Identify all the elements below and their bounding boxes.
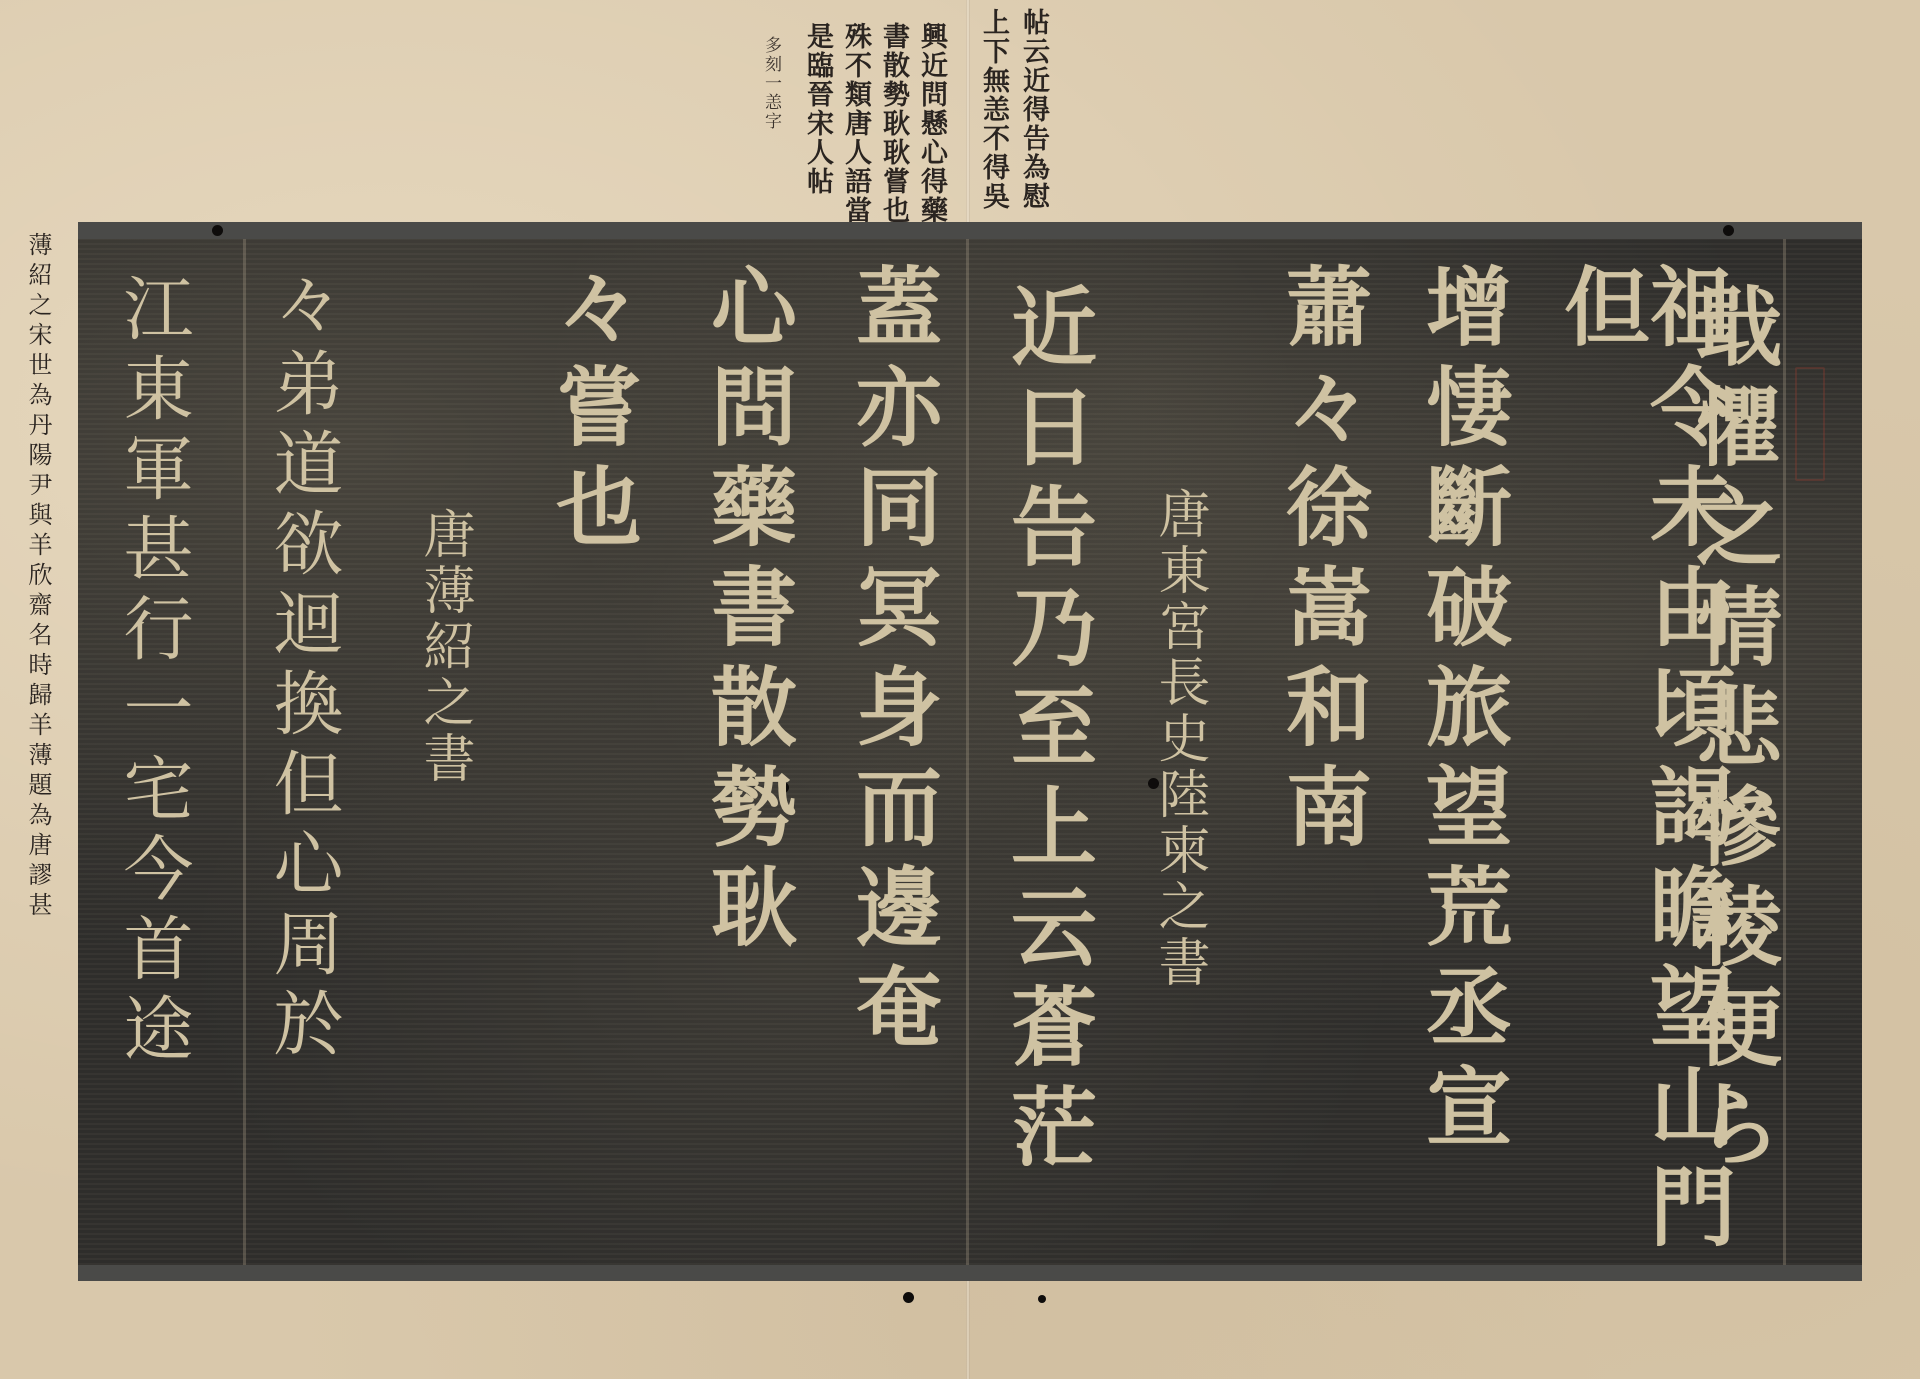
caption-right: 唐東宮長史陸柬之書: [1153, 487, 1205, 991]
calligraphy-column: 々嘗也: [548, 262, 634, 562]
top-annotation-note: 多刻一恙字: [762, 36, 779, 131]
red-seal-mark: [1795, 367, 1825, 481]
panel-seam-left: [243, 239, 246, 1265]
caption-left: 唐薄紹之書: [418, 507, 470, 787]
panel-seam-center: [966, 239, 969, 1265]
top-annotation-col-4: 書散勢耿耿嘗也: [880, 22, 907, 225]
calligraphy-column: 祖令未由頃謁瞻望山門但: [1556, 262, 1728, 1281]
top-annotation-col-5: 殊不類唐人語當: [842, 22, 869, 225]
mounting-hole: [212, 225, 223, 236]
panel-seam-right: [1783, 239, 1786, 1265]
mounting-hole: [903, 1292, 914, 1303]
calligraphy-rubbing: 戢懼之情悲慘稜便ら 祖令未由頃謁瞻望山門但 增悽斷破旅望荒丞宣 蕭々徐嵩和南 唐…: [78, 222, 1862, 1281]
calligraphy-column: 蓋亦同冥身而邊奄: [848, 262, 934, 1062]
top-border-band: [78, 222, 1862, 239]
calligraphy-column: 々弟道欲迴換但心周於: [268, 267, 338, 1067]
calligraphy-column: 蕭々徐嵩和南: [1278, 262, 1364, 862]
top-annotation-col-1: 帖云近得告為慰: [1020, 8, 1047, 211]
calligraphy-column: 增悽斷破旅望荒丞宣: [1418, 262, 1504, 1162]
calligraphy-column: 心問藥書散勢耿: [703, 262, 789, 962]
calligraphy-column: 近日告乃至上云蒼茫: [1003, 282, 1089, 1182]
mounting-hole: [1723, 225, 1734, 236]
top-annotation-col-2: 上下無恙不得吳: [980, 8, 1007, 211]
top-annotation-col-3: 興近問懸心得藥: [918, 22, 945, 225]
top-annotation-col-6: 是臨晉宋人帖: [804, 22, 831, 196]
calligraphy-column: 江東軍甚行一宅今首途: [118, 272, 188, 1072]
mounting-hole: [1038, 1295, 1046, 1303]
left-annotation: 薄紹之宋世為丹陽尹與羊欣齋名時歸羊薄題為唐謬甚: [26, 232, 50, 922]
